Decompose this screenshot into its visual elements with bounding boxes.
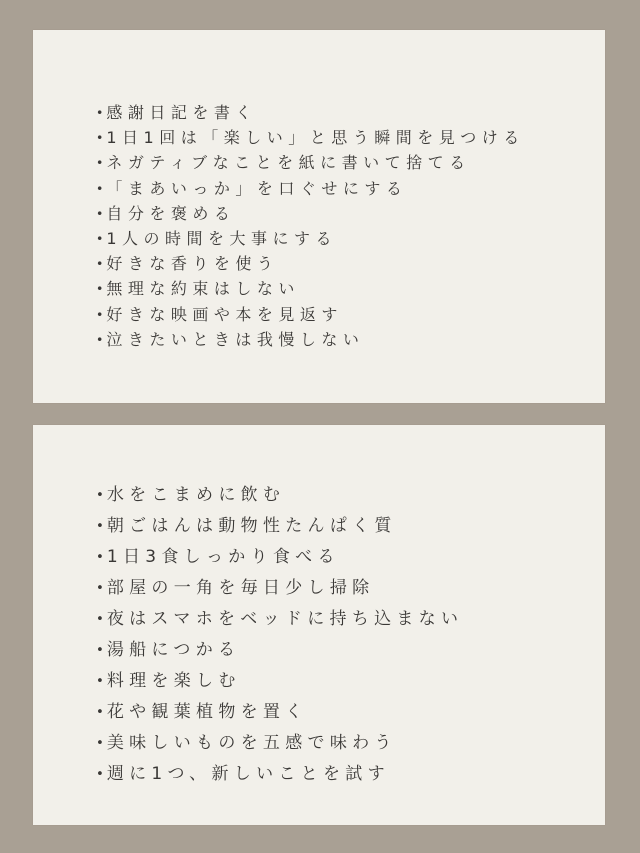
list-item-text: 部屋の一角を毎日少し掃除 [107,578,375,598]
list-item-text: 感謝日記を書く [106,103,257,122]
list-item: •1日1回は「楽しい」と思う瞬間を見つける [96,125,595,150]
list-item-text: 自分を褒める [106,204,235,223]
bullet-icon: • [96,100,103,125]
tips-list-body: •水をこまめに飲む •朝ごはんは動物性たんぱく質 •1日3食しっかり食べる •部… [33,425,605,790]
list-item: •好きな香りを使う [96,251,595,276]
list-item: •好きな映画や本を見返す [96,302,595,327]
list-item-text: 1人の時間を大事にする [106,229,337,248]
bullet-icon: • [96,302,103,327]
list-item-text: 花や観葉植物を置く [107,702,308,722]
bullet-icon: • [96,511,104,542]
list-item-text: 好きな映画や本を見返す [106,305,343,324]
list-item: •美味しいものを五感で味わう [96,728,595,759]
list-item-text: 水をこまめに飲む [107,485,285,505]
bullet-icon: • [96,125,103,150]
list-item: •「まあいっか」を口ぐせにする [96,176,595,201]
bullet-icon: • [96,728,104,759]
list-item-text: 「まあいっか」を口ぐせにする [106,179,407,198]
bullet-icon: • [96,542,104,573]
list-item: •花や観葉植物を置く [96,697,595,728]
list-item-text: 週に1つ、新しいことを試す [107,764,390,784]
list-item-text: 1日3食しっかり食べる [107,547,340,567]
bullet-icon: • [96,480,104,511]
list-item: •週に1つ、新しいことを試す [96,759,595,790]
list-item: •料理を楽しむ [96,666,595,697]
list-item-text: 湯船につかる [107,640,240,660]
list-item: •水をこまめに飲む [96,480,595,511]
list-item: •自分を褒める [96,201,595,226]
bullet-icon: • [96,697,104,728]
list-item: •朝ごはんは動物性たんぱく質 [96,511,595,542]
bullet-icon: • [96,573,104,604]
list-item-text: 1日1回は「楽しい」と思う瞬間を見つける [106,128,524,147]
card-mind-care: •感謝日記を書く •1日1回は「楽しい」と思う瞬間を見つける •ネガティブなこと… [33,30,605,403]
list-item-text: 夜はスマホをベッドに持ち込まない [107,609,463,629]
list-item: •夜はスマホをベッドに持ち込まない [96,604,595,635]
list-item-text: 泣きたいときは我慢しない [106,330,364,349]
bullet-icon: • [96,226,103,251]
bullet-icon: • [96,201,103,226]
bullet-icon: • [96,150,103,175]
list-item-text: 朝ごはんは動物性たんぱく質 [107,516,397,536]
list-item: •ネガティブなことを紙に書いて捨てる [96,150,595,175]
list-item-text: 料理を楽しむ [107,671,241,691]
list-item-text: 好きな香りを使う [106,254,278,273]
bullet-icon: • [96,635,104,666]
bullet-icon: • [96,666,104,697]
bullet-icon: • [96,604,104,635]
list-item: •湯船につかる [96,635,595,666]
bullet-icon: • [96,176,103,201]
bullet-icon: • [96,276,103,301]
bullet-icon: • [96,327,103,352]
bullet-icon: • [96,759,104,790]
list-item: •1日3食しっかり食べる [96,542,595,573]
list-item: •泣きたいときは我慢しない [96,327,595,352]
list-item: •部屋の一角を毎日少し掃除 [96,573,595,604]
bullet-icon: • [96,251,103,276]
page-background: •感謝日記を書く •1日1回は「楽しい」と思う瞬間を見つける •ネガティブなこと… [0,0,640,853]
list-item-text: ネガティブなことを紙に書いて捨てる [106,153,470,172]
list-item: •1人の時間を大事にする [96,226,595,251]
list-item: •無理な約束はしない [96,276,595,301]
card-body-care: •水をこまめに飲む •朝ごはんは動物性たんぱく質 •1日3食しっかり食べる •部… [33,425,605,825]
list-item-text: 美味しいものを五感で味わう [107,733,397,753]
list-item-text: 無理な約束はしない [106,279,300,298]
tips-list-mind: •感謝日記を書く •1日1回は「楽しい」と思う瞬間を見つける •ネガティブなこと… [33,30,605,352]
list-item: •感謝日記を書く [96,100,595,125]
